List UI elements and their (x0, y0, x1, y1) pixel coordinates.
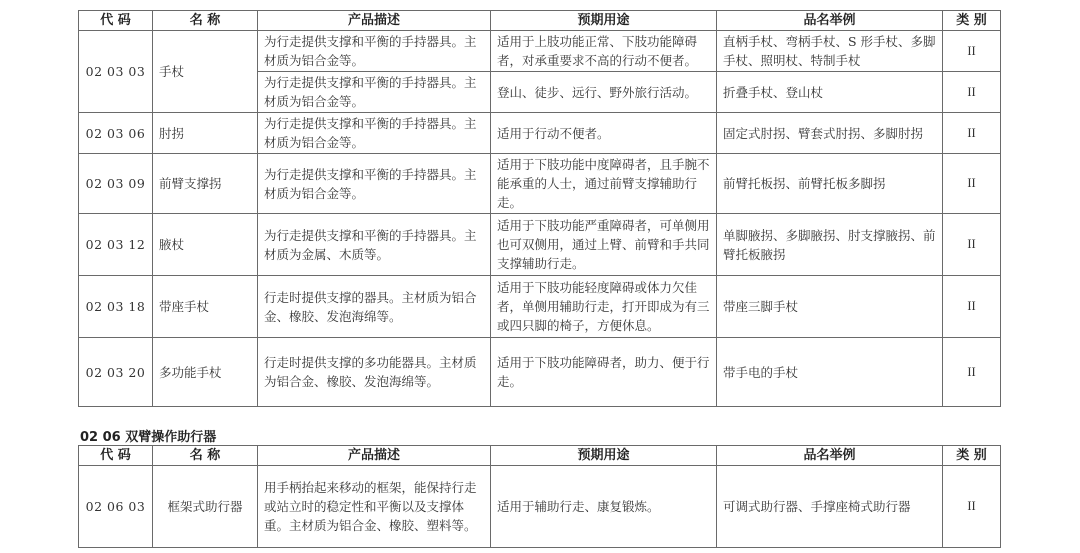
cell-name: 腋杖 (153, 214, 258, 276)
cell-class: II (943, 31, 1001, 72)
header-description: 产品描述 (258, 11, 491, 31)
cell-examples: 固定式肘拐、臂套式肘拐、多脚肘拐 (717, 113, 943, 154)
cell-description: 行走时提供支撑的多功能器具。主材质为铝合金、橡胶、发泡海绵等。 (258, 338, 491, 407)
cell-name: 肘拐 (153, 113, 258, 154)
cell-examples: 直柄手杖、弯柄手杖、S 形手杖、多脚手杖、照明杖、特制手杖 (717, 31, 943, 72)
cell-name: 手杖 (153, 31, 258, 113)
header-description: 产品描述 (258, 446, 491, 466)
header-code: 代 码 (79, 446, 153, 466)
cell-intended-use: 适用于下肢功能中度障碍者，且手腕不能承重的人士，通过前臂支撑辅助行走。 (491, 154, 717, 214)
cell-description: 为行走提供支撑和平衡的手持器具。主材质为铝合金等。 (258, 113, 491, 154)
cell-class: II (943, 466, 1001, 548)
table-row: 02 03 18 带座手杖 行走时提供支撑的器具。主材质为铝合金、橡胶、发泡海绵… (79, 276, 1001, 338)
table-row: 02 06 03 框架式助行器 用手柄抬起来移动的框架，能保持行走或站立时的稳定… (79, 466, 1001, 548)
table-row: 02 03 09 前臂支撑拐 为行走提供支撑和平衡的手持器具。主材质为铝合金等。… (79, 154, 1001, 214)
cell-name: 前臂支撑拐 (153, 154, 258, 214)
cell-examples: 可调式助行器、手撑座椅式助行器 (717, 466, 943, 548)
cell-examples: 单脚腋拐、多脚腋拐、肘支撑腋拐、前臂托板腋拐 (717, 214, 943, 276)
header-name: 名 称 (153, 446, 258, 466)
cell-name: 带座手杖 (153, 276, 258, 338)
cell-intended-use: 适用于下肢功能轻度障碍或体力欠佳者，单侧用辅助行走，打开即成为有三或四只脚的椅子… (491, 276, 717, 338)
cell-description: 行走时提供支撑的器具。主材质为铝合金、橡胶、发泡海绵等。 (258, 276, 491, 338)
table-header-row: 代 码 名 称 产品描述 预期用途 品名举例 类 别 (79, 446, 1001, 466)
cell-intended-use: 登山、徒步、远行、野外旅行活动。 (491, 72, 717, 113)
cell-class: II (943, 276, 1001, 338)
cell-code: 02 03 20 (79, 338, 153, 407)
cell-class: II (943, 214, 1001, 276)
cell-examples: 带手电的手杖 (717, 338, 943, 407)
cell-class: II (943, 72, 1001, 113)
header-examples: 品名举例 (717, 446, 943, 466)
header-code: 代 码 (79, 11, 153, 31)
cell-description: 用手柄抬起来移动的框架，能保持行走或站立时的稳定性和平衡以及支撑体重。主材质为铝… (258, 466, 491, 548)
cell-code: 02 03 18 (79, 276, 153, 338)
cell-examples: 前臂托板拐、前臂托板多脚拐 (717, 154, 943, 214)
header-examples: 品名举例 (717, 11, 943, 31)
cell-code: 02 06 03 (79, 466, 153, 548)
table-row: 02 03 03 手杖 为行走提供支撑和平衡的手持器具。主材质为铝合金等。 适用… (79, 31, 1001, 72)
table-row: 02 03 20 多功能手杖 行走时提供支撑的多功能器具。主材质为铝合金、橡胶、… (79, 338, 1001, 407)
cell-intended-use: 适用于下肢功能严重障碍者，可单侧用也可双侧用，通过上臂、前臂和手共同支撑辅助行走… (491, 214, 717, 276)
header-intended-use: 预期用途 (491, 446, 717, 466)
section-heading: 02 06 双臂操作助行器 (80, 426, 216, 445)
cell-intended-use: 适用于上肢功能正常、下肢功能障碍者，对承重要求不高的行动不便者。 (491, 31, 717, 72)
table-row: 02 03 06 肘拐 为行走提供支撑和平衡的手持器具。主材质为铝合金等。 适用… (79, 113, 1001, 154)
cell-class: II (943, 154, 1001, 214)
cell-code: 02 03 03 (79, 31, 153, 113)
cell-class: II (943, 338, 1001, 407)
cell-name: 框架式助行器 (153, 466, 258, 548)
header-intended-use: 预期用途 (491, 11, 717, 31)
cell-name: 多功能手杖 (153, 338, 258, 407)
cell-description: 为行走提供支撑和平衡的手持器具。主材质为铝合金等。 (258, 72, 491, 113)
cell-intended-use: 适用于行动不便者。 (491, 113, 717, 154)
cell-intended-use: 适用于辅助行走、康复锻炼。 (491, 466, 717, 548)
cell-examples: 带座三脚手杖 (717, 276, 943, 338)
cell-description: 为行走提供支撑和平衡的手持器具。主材质为铝合金等。 (258, 154, 491, 214)
table-row: 02 03 12 腋杖 为行走提供支撑和平衡的手持器具。主材质为金属、木质等。 … (79, 214, 1001, 276)
cell-class: II (943, 113, 1001, 154)
cell-code: 02 03 12 (79, 214, 153, 276)
device-catalog-table: 代 码 名 称 产品描述 预期用途 品名举例 类 别 02 03 03 手杖 为… (78, 10, 1001, 407)
cell-description: 为行走提供支撑和平衡的手持器具。主材质为铝合金等。 (258, 31, 491, 72)
header-class: 类 别 (943, 11, 1001, 31)
header-class: 类 别 (943, 446, 1001, 466)
cell-code: 02 03 09 (79, 154, 153, 214)
cell-description: 为行走提供支撑和平衡的手持器具。主材质为金属、木质等。 (258, 214, 491, 276)
cell-examples: 折叠手杖、登山杖 (717, 72, 943, 113)
walker-catalog-table: 代 码 名 称 产品描述 预期用途 品名举例 类 别 02 06 03 框架式助… (78, 445, 1001, 548)
cell-code: 02 03 06 (79, 113, 153, 154)
table-header-row: 代 码 名 称 产品描述 预期用途 品名举例 类 别 (79, 11, 1001, 31)
header-name: 名 称 (153, 11, 258, 31)
cell-intended-use: 适用于下肢功能障碍者，助力、便于行走。 (491, 338, 717, 407)
